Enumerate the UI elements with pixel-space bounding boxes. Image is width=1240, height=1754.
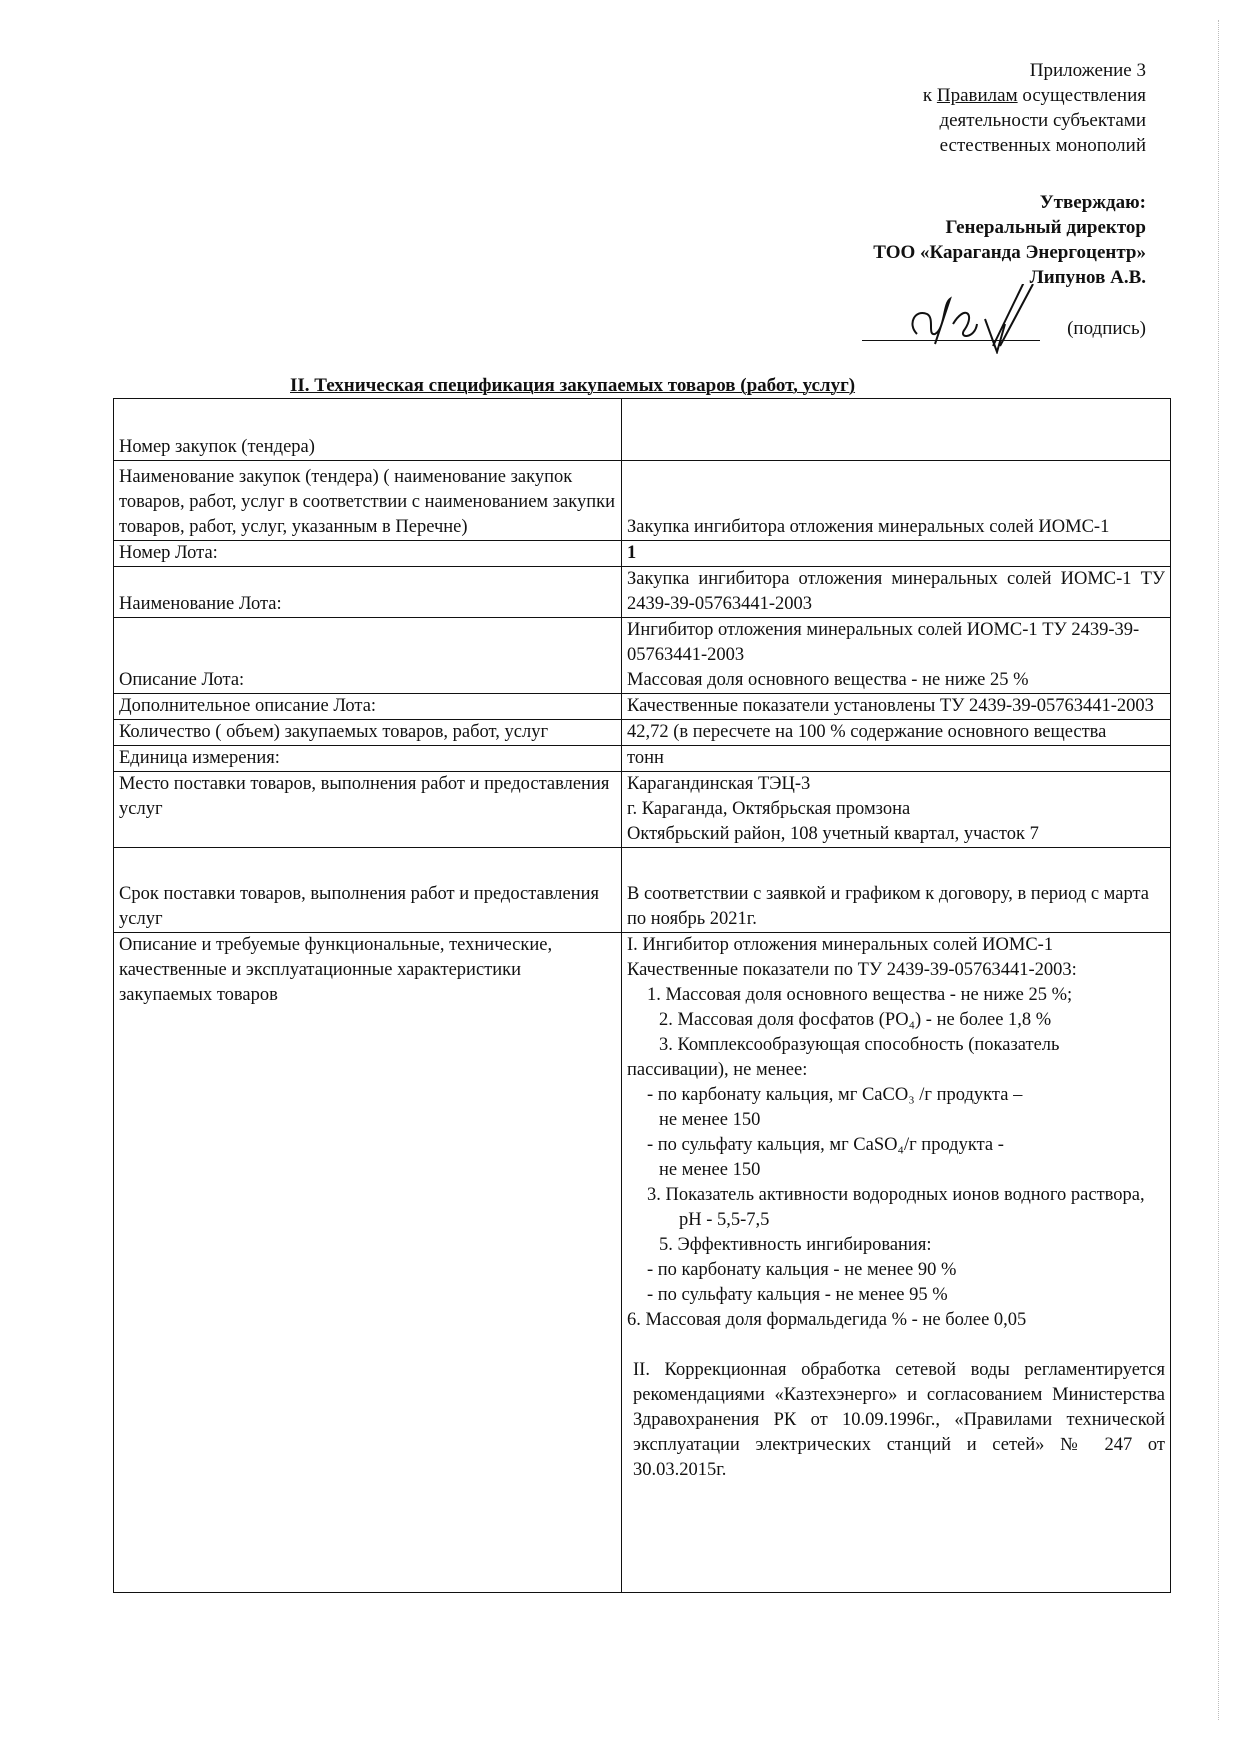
row-label: Количество ( объем) закупаемых товаров, … [114, 720, 622, 746]
signature-icon [905, 284, 1035, 354]
row-label: Описание и требуемые функциональные, тех… [114, 933, 622, 1593]
table-row: Наименование закупок (тендера) ( наимено… [114, 461, 1171, 541]
row-label: Единица измерения: [114, 746, 622, 772]
table-row: Номер Лота: 1 [114, 541, 1171, 567]
section-title: II. Техническая спецификация закупаемых … [290, 375, 855, 397]
row-label: Дополнительное описание Лота: [114, 694, 622, 720]
table-row: Место поставки товаров, выполнения работ… [114, 772, 1171, 848]
row-label: Наименование Лота: [114, 567, 622, 618]
table-row: Описание Лота: Ингибитор отложения минер… [114, 618, 1171, 694]
appendix-number: Приложение 3 [923, 58, 1146, 83]
row-value: Качественные показатели установлены ТУ 2… [622, 694, 1171, 720]
approver-company: ТОО «Караганда Энергоцентр» [873, 240, 1146, 265]
row-label: Номер закупок (тендера) [114, 399, 622, 461]
approve-heading: Утверждаю: [873, 190, 1146, 215]
row-value: Ингибитор отложения минеральных солей ИО… [622, 618, 1171, 694]
row-value: Карагандинская ТЭЦ-3 г. Караганда, Октяб… [622, 772, 1171, 848]
row-label: Описание Лота: [114, 618, 622, 694]
scan-edge-artifact [1218, 20, 1223, 1720]
row-value: Закупка ингибитора отложения минеральных… [622, 461, 1171, 541]
row-value: В соответствии с заявкой и графиком к до… [622, 848, 1171, 933]
table-row: Описание и требуемые функциональные, тех… [114, 933, 1171, 1593]
approver-position: Генеральный директор [873, 215, 1146, 240]
row-value [622, 399, 1171, 461]
row-value-specification: I. Ингибитор отложения минеральных солей… [622, 933, 1171, 1593]
table-row: Номер закупок (тендера) [114, 399, 1171, 461]
signature-label: (подпись) [1067, 318, 1146, 340]
row-value: тонн [622, 746, 1171, 772]
technical-specification-table: Номер закупок (тендера) Наименование зак… [113, 398, 1171, 1593]
table-row: Дополнительное описание Лота: Качественн… [114, 694, 1171, 720]
row-value: 1 [622, 541, 1171, 567]
row-label: Наименование закупок (тендера) ( наимено… [114, 461, 622, 541]
approval-block: Утверждаю: Генеральный директор ТОО «Кар… [873, 190, 1146, 290]
table-row: Единица измерения: тонн [114, 746, 1171, 772]
row-value: Закупка ингибитора отложения минеральных… [622, 567, 1171, 618]
table-row: Количество ( объем) закупаемых товаров, … [114, 720, 1171, 746]
table-row: Наименование Лота: Закупка ингибитора от… [114, 567, 1171, 618]
row-value: 42,72 (в пересчете на 100 % содержание о… [622, 720, 1171, 746]
row-label: Место поставки товаров, выполнения работ… [114, 772, 622, 848]
row-label: Номер Лота: [114, 541, 622, 567]
appendix-reference: Приложение 3 к Правилам осуществления де… [923, 58, 1146, 158]
row-label: Срок поставки товаров, выполнения работ … [114, 848, 622, 933]
table-row: Срок поставки товаров, выполнения работ … [114, 848, 1171, 933]
rules-link[interactable]: Правилам [937, 85, 1018, 106]
appendix-rules-line: к Правилам осуществления [923, 83, 1146, 108]
